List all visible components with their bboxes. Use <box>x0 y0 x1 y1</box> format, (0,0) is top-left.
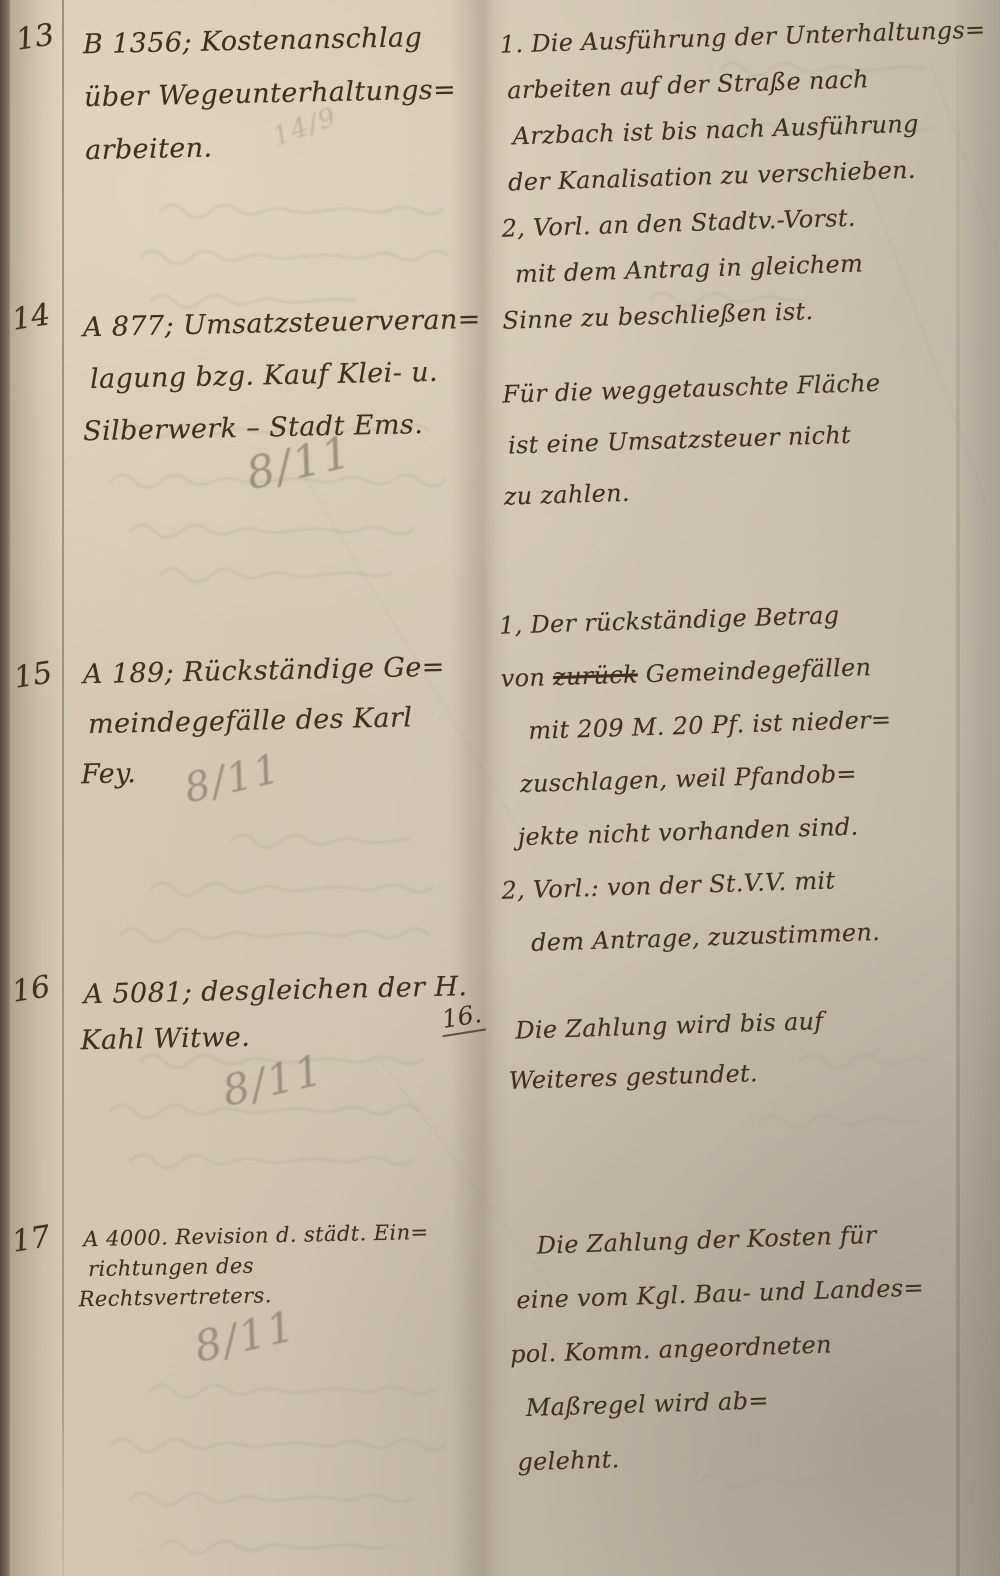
bleedthrough-stroke <box>130 1155 414 1168</box>
bleedthrough-stroke <box>150 883 434 896</box>
ref-line: A 877; Umsatzsteuerveran= <box>82 294 483 354</box>
entry-15-number: 15 <box>11 655 54 696</box>
bleedthrough-stroke <box>120 929 430 942</box>
ref-line: A 189; Rückständige Ge= <box>82 642 483 700</box>
ref-line: über Wegeunterhaltungs= <box>83 63 484 124</box>
entry-14-resolution: Für die weggetauschte Fläche ist eine Um… <box>502 354 995 522</box>
entry-16-ref: A 5081; desgleichen der H. Kahl Witwe. <box>83 964 485 1064</box>
entry-16-resolution: Die Zahlung wird bis auf Weiteres gestun… <box>515 990 1000 1105</box>
entry-14-ref: A 877; Umsatzsteuerveran= lagung bzg. Ka… <box>82 294 485 458</box>
binding-edge <box>0 0 10 1576</box>
entry-14-number: 14 <box>9 297 52 338</box>
bleedthrough-stroke <box>760 1115 914 1128</box>
margin-rule-line <box>62 0 64 1576</box>
bleedthrough-stroke <box>130 525 414 538</box>
entry-15-ref: A 189; Rückständige Ge= meindegefälle de… <box>82 642 485 800</box>
bleedthrough-stroke <box>160 205 444 218</box>
entry-16-number: 16 <box>9 969 52 1010</box>
bleedthrough-stroke <box>130 1493 414 1506</box>
binding-shadow <box>10 0 62 1576</box>
entry-16-gutter-mark: 16. <box>438 999 486 1037</box>
bleedthrough-stroke <box>150 1385 434 1398</box>
entry-17-resolution: Die Zahlung der Kosten für eine vom Kgl.… <box>500 1204 996 1489</box>
entry-13-number: 13 <box>13 17 56 58</box>
bleedthrough-stroke <box>160 569 392 582</box>
entry-13-resolution: 1. Die Ausführung der Unterhaltungs= arb… <box>499 6 997 343</box>
bleedthrough-stroke <box>160 1541 392 1554</box>
ref-line: lagung bzg. Kauf Klei- u. <box>89 346 484 406</box>
entry-15-resolution: 1, Der rückständige Betrag von zurück Ge… <box>498 584 997 970</box>
ref-line: meindegefälle des Karl <box>88 692 485 750</box>
resolution-text: Gemeindegefällen <box>637 653 871 688</box>
bleedthrough-stroke <box>110 1439 446 1452</box>
entry-13-ref: B 1356; Kostenanschlag über Wegeunterhal… <box>82 10 485 177</box>
entry-17-ref: A 4000. Revision d. städt. Ein= richtung… <box>83 1216 485 1314</box>
struck-word: zurück <box>553 660 639 691</box>
entry-17-number: 17 <box>9 1219 52 1260</box>
bleedthrough-stroke <box>140 251 450 264</box>
ref-line: Fey. <box>81 742 486 800</box>
bleedthrough-stroke <box>230 835 410 848</box>
ref-line: A 5081; desgleichen der H. <box>83 964 484 1018</box>
ref-line: B 1356; Kostenanschlag <box>82 10 483 71</box>
resolution-text: von <box>500 663 553 693</box>
ledger-page: 13 14 15 16 17 B 1356; Kostenanschlag üb… <box>0 0 1000 1576</box>
entry-17-pencil-date: 8/11 <box>190 1301 301 1372</box>
